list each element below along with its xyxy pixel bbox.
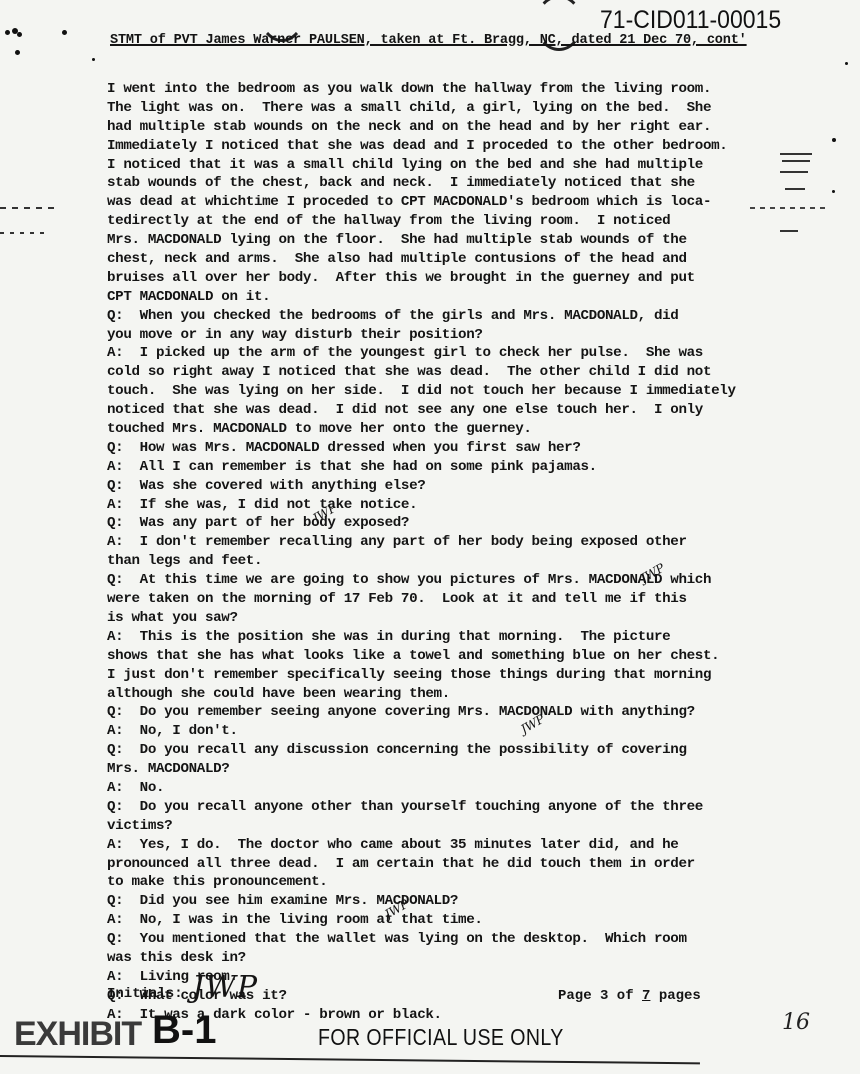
- text-line: was dead at whichtime I proceded to CPT …: [107, 193, 807, 212]
- question-line: Q: You mentioned that the wallet was lyi…: [107, 930, 807, 949]
- statement-body: I went into the bedroom as you walk down…: [107, 80, 807, 1025]
- exhibit-number: B-1: [152, 1008, 216, 1053]
- text-line: had multiple stab wounds on the neck and…: [107, 118, 807, 137]
- answer-line: touch. She was lying on her side. I did …: [107, 382, 807, 401]
- answer-line: A: No, I was in the living room at that …: [107, 911, 807, 930]
- answer-line: shows that she has what looks like a tow…: [107, 647, 807, 666]
- question-line: Mrs. MACDONALD?: [107, 760, 807, 779]
- answer-line: A: No, I don't.: [107, 722, 807, 741]
- initials-signature: JWP: [192, 970, 258, 1005]
- answer-line: I just don't remember specifically seein…: [107, 666, 807, 685]
- scan-speck: [832, 190, 835, 193]
- question-line: Q: At this time we are going to show you…: [107, 571, 807, 590]
- question-line: was this desk in?: [107, 949, 807, 968]
- answer-line: A: All I can remember is that she had on…: [107, 458, 807, 477]
- answer-line: A: I picked up the arm of the youngest g…: [107, 344, 807, 363]
- answer-line: A: No.: [107, 779, 807, 798]
- question-line: victims?: [107, 817, 807, 836]
- answer-line: A: I don't remember recalling any part o…: [107, 533, 807, 552]
- text-line: stab wounds of the chest, back and neck.…: [107, 174, 807, 193]
- bottom-rule: [0, 1055, 700, 1064]
- statement-header: STMT of PVT James Warner PAULSEN, taken …: [110, 33, 835, 48]
- text-line: I noticed that it was a small child lyin…: [107, 156, 807, 175]
- scan-dash: [780, 230, 798, 232]
- text-line: Mrs. MACDONALD lying on the floor. She h…: [107, 231, 807, 250]
- answer-line: touched Mrs. MACDONALD to move her onto …: [107, 420, 807, 439]
- question-line: is what you saw?: [107, 609, 807, 628]
- question-line: you move or in any way disturb their pos…: [107, 326, 807, 345]
- scan-dash: [0, 207, 60, 209]
- page-suffix: pages: [650, 988, 700, 1004]
- page-count: Page 3 of 7 pages: [558, 988, 701, 1004]
- text-line: CPT MACDONALD on it.: [107, 288, 807, 307]
- scan-speck: [92, 58, 95, 61]
- scan-speck: [845, 62, 848, 65]
- scan-dash: [0, 232, 50, 234]
- document-page: 71-CID011-00015 STMT of PVT James Warner…: [0, 0, 860, 1074]
- scan-speck: [17, 32, 22, 37]
- answer-line: noticed that she was dead. I did not see…: [107, 401, 807, 420]
- exhibit-stamp: EXHIBIT: [14, 1015, 141, 1054]
- scan-dash: [782, 160, 810, 162]
- answer-line: A: This is the position she was in durin…: [107, 628, 807, 647]
- initials-label: Initials:: [107, 986, 183, 1002]
- text-line: Immediately I noticed that she was dead …: [107, 137, 807, 156]
- corner-page-mark: 16: [782, 1010, 810, 1035]
- question-line: Q: How was Mrs. MACDONALD dressed when y…: [107, 439, 807, 458]
- question-line: Q: When you checked the bedrooms of the …: [107, 307, 807, 326]
- page-prefix: Page 3 of: [558, 988, 642, 1004]
- answer-line: although she could have been wearing the…: [107, 685, 807, 704]
- question-line: Q: Do you recall anyone other than yours…: [107, 798, 807, 817]
- scan-dash: [750, 207, 830, 209]
- text-line: The light was on. There was a small chil…: [107, 99, 807, 118]
- scan-dash: [785, 188, 805, 190]
- text-line: bruises all over her body. After this we…: [107, 269, 807, 288]
- scan-speck: [832, 138, 836, 142]
- answer-line: than legs and feet.: [107, 552, 807, 571]
- question-line: Q: Do you remember seeing anyone coverin…: [107, 703, 807, 722]
- text-line: tedirectly at the end of the hallway fro…: [107, 212, 807, 231]
- question-line: Q: Did you see him examine Mrs. MACDONAL…: [107, 892, 807, 911]
- answer-line: to make this pronouncement.: [107, 873, 807, 892]
- question-line: Q: Was she covered with anything else?: [107, 477, 807, 496]
- scan-speck: [62, 30, 67, 35]
- scan-speck: [15, 50, 20, 55]
- answer-line: cold so right away I noticed that she wa…: [107, 363, 807, 382]
- scan-dash: [780, 153, 812, 155]
- question-line: Q: Was any part of her body exposed?: [107, 514, 807, 533]
- classification-label: FOR OFFICIAL USE ONLY: [318, 1024, 564, 1051]
- answer-line: A: Yes, I do. The doctor who came about …: [107, 836, 807, 855]
- scan-dash: [780, 171, 808, 173]
- question-line: were taken on the morning of 17 Feb 70. …: [107, 590, 807, 609]
- document-id: 71-CID011-00015: [600, 6, 781, 35]
- answer-line: pronounced all three dead. I am certain …: [107, 855, 807, 874]
- answer-line: A: If she was, I did not take notice.: [107, 496, 807, 515]
- question-line: Q: Do you recall any discussion concerni…: [107, 741, 807, 760]
- text-line: I went into the bedroom as you walk down…: [107, 80, 807, 99]
- text-line: chest, neck and arms. She also had multi…: [107, 250, 807, 269]
- scan-speck: [5, 30, 10, 35]
